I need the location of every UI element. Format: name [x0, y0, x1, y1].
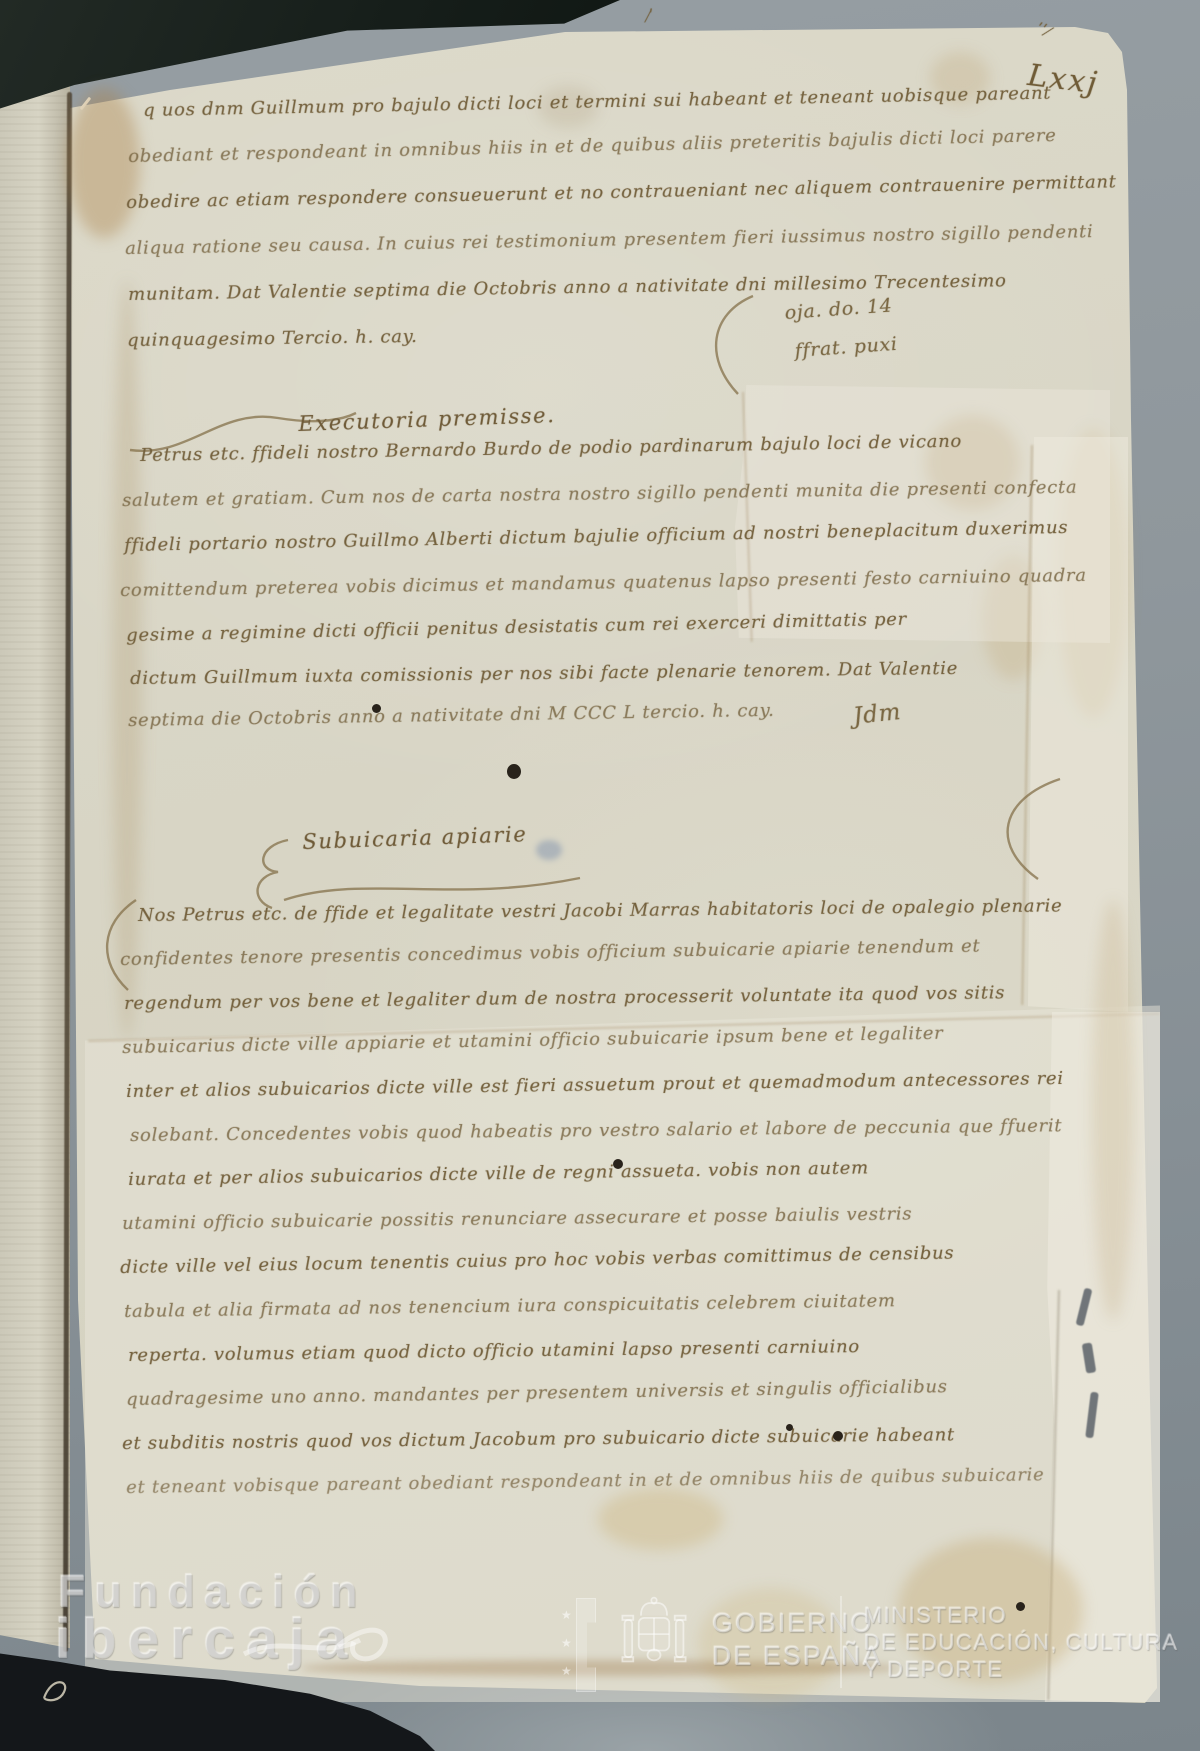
ink-smudge-blue — [536, 840, 562, 860]
ink-hole — [833, 1431, 843, 1441]
watermark-gobierno-line2: DE ESPAÑA — [712, 1640, 883, 1673]
margin-note-idem: Jdm — [852, 699, 902, 730]
watermark-gobierno-line1: GOBIERNO — [712, 1607, 883, 1640]
spain-coat-of-arms-icon — [610, 1596, 698, 1692]
stain — [598, 1488, 723, 1550]
ink-hole — [613, 1159, 623, 1169]
flourish-bracket-icon — [698, 292, 760, 400]
ink-hole — [507, 764, 521, 779]
manuscript-photograph: Lxxj ʹʹ⁄ ⁄ʹ q uos dnm Guillmum pro bajul… — [0, 0, 1200, 1751]
watermark-divider — [840, 1596, 842, 1688]
quill-marks: ⁄ʹ — [645, 6, 657, 25]
watermark-ministerio-line1: MINISTERIO — [864, 1602, 1179, 1629]
facing-page-edge — [0, 28, 70, 1658]
star-icon: ★ — [561, 1636, 572, 1650]
flourish-bracket-icon — [980, 775, 1070, 883]
stain — [1092, 900, 1134, 1320]
loose-thread-icon — [40, 1672, 80, 1706]
watermark-ministerio: MINISTERIO DE EDUCACIÓN, CULTURA Y DEPOR… — [864, 1602, 1179, 1683]
ink-hole — [372, 704, 381, 713]
watermark-ministerio-line3: Y DEPORTE — [864, 1656, 1179, 1683]
star-icon: ★ — [561, 1664, 572, 1678]
flourish-bracket-icon — [92, 898, 142, 994]
watermark-gobierno: GOBIERNO DE ESPAÑA — [712, 1607, 883, 1673]
manuscript-line: quinquagesimo Tercio. h. cay. — [127, 326, 418, 351]
ink-hole — [786, 1424, 793, 1431]
watermark-ministerio-line2: DE EDUCACIÓN, CULTURA — [864, 1629, 1179, 1656]
star-icon: ★ — [561, 1608, 572, 1622]
ibercaja-paraph-icon — [242, 1616, 397, 1676]
